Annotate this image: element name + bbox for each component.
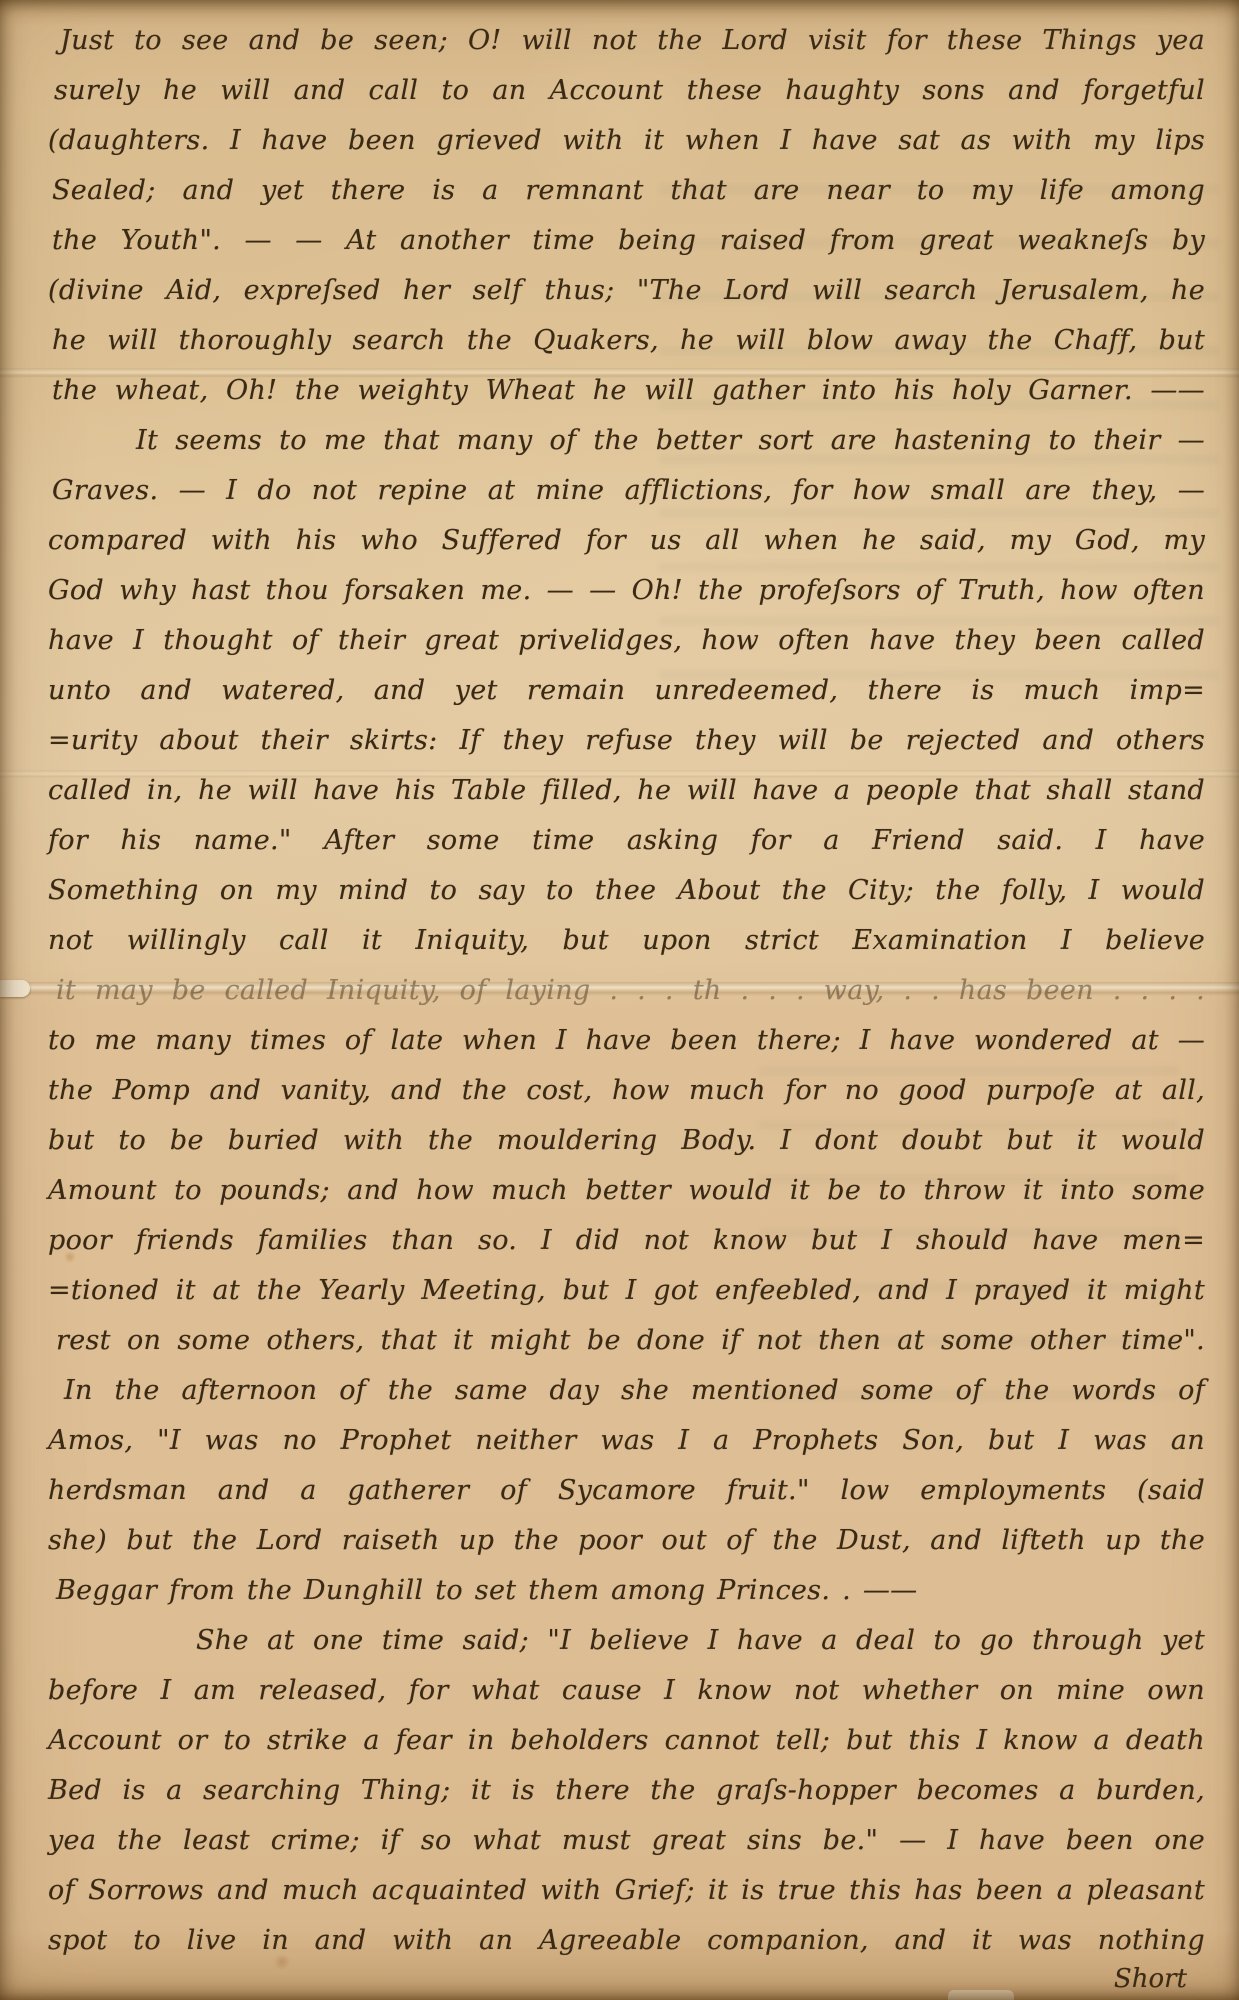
manuscript-line: Just to see and be seen; O! will not the…: [60, 16, 1205, 66]
manuscript-line: rest on some others, that it might be do…: [56, 1316, 1205, 1366]
manuscript-line: poor friends families than so. I did not…: [48, 1216, 1205, 1266]
manuscript-line: (divine Aid, expreſsed her self thus; "T…: [48, 266, 1205, 316]
manuscript-line: the wheat, Oh! the weighty Wheat he will…: [52, 366, 1205, 416]
manuscript-line: compared with his who Suffered for us al…: [48, 516, 1205, 566]
manuscript-line: spot to live in and with an Agreeable co…: [48, 1916, 1205, 1966]
manuscript-line: called in, he will have his Table filled…: [48, 766, 1205, 816]
manuscript-line: In the afternoon of the same day she men…: [64, 1366, 1205, 1416]
manuscript-line: he will thoroughly search the Quakers, h…: [52, 316, 1205, 366]
manuscript-line: Beggar from the Dunghill to set them amo…: [56, 1566, 1205, 1616]
manuscript-line: unto and watered, and yet remain unredee…: [48, 666, 1205, 716]
manuscript-line: =tioned it at the Yearly Meeting, but I …: [48, 1266, 1205, 1316]
manuscript-page: Just to see and be seen; O! will not the…: [0, 0, 1239, 2000]
manuscript-line: It seems to me that many of the better s…: [136, 416, 1205, 466]
manuscript-line: (daughters. I have been grieved with it …: [48, 116, 1205, 166]
manuscript-line: She at one time said; "I believe I have …: [196, 1616, 1205, 1666]
manuscript-line: God why hast thou forsaken me. — — Oh! t…: [48, 566, 1205, 616]
manuscript-line: Bed is a searching Thing; it is there th…: [48, 1766, 1205, 1816]
manuscript-line: it may be called Iniquity, of laying . .…: [56, 966, 1205, 1016]
manuscript-line: Amos, "I was no Prophet neither was I a …: [48, 1416, 1205, 1466]
manuscript-line: Sealed; and yet there is a remnant that …: [52, 166, 1205, 216]
manuscript-line: Something on my mind to say to thee Abou…: [48, 866, 1205, 916]
manuscript-line: surely he will and call to an Account th…: [54, 66, 1205, 116]
manuscript-line: the Youth". — — At another time being ra…: [52, 216, 1205, 266]
manuscript-line: Account or to strike a fear in beholders…: [48, 1716, 1205, 1766]
manuscript-line: herdsman and a gatherer of Sycamore frui…: [48, 1466, 1205, 1516]
manuscript-line: for his name." After some time asking fo…: [48, 816, 1205, 866]
manuscript-line: to me many times of late when I have bee…: [48, 1016, 1205, 1066]
manuscript-line: before I am released, for what cause I k…: [48, 1666, 1205, 1716]
paper-edge-chip: [948, 1990, 1014, 2000]
catchword: Short: [1114, 1964, 1187, 1994]
manuscript-line: =urity about their skirts: If they refus…: [48, 716, 1205, 766]
manuscript-line: of Sorrows and much acquainted with Grie…: [48, 1866, 1205, 1916]
manuscript-line: but to be buried with the mouldering Bod…: [48, 1116, 1205, 1166]
manuscript-line: Graves. — I do not repine at mine afflic…: [52, 466, 1205, 516]
manuscript-line: not willingly call it Iniquity, but upon…: [48, 916, 1205, 966]
manuscript-text-block: Just to see and be seen; O! will not the…: [0, 0, 1239, 1966]
manuscript-line: Amount to pounds; and how much better wo…: [48, 1166, 1205, 1216]
manuscript-line: yea the least crime; if so what must gre…: [48, 1816, 1205, 1866]
manuscript-line: have I thought of their great privelidge…: [48, 616, 1205, 666]
manuscript-line: she) but the Lord raiseth up the poor ou…: [48, 1516, 1205, 1566]
manuscript-line: the Pomp and vanity, and the cost, how m…: [48, 1066, 1205, 1116]
